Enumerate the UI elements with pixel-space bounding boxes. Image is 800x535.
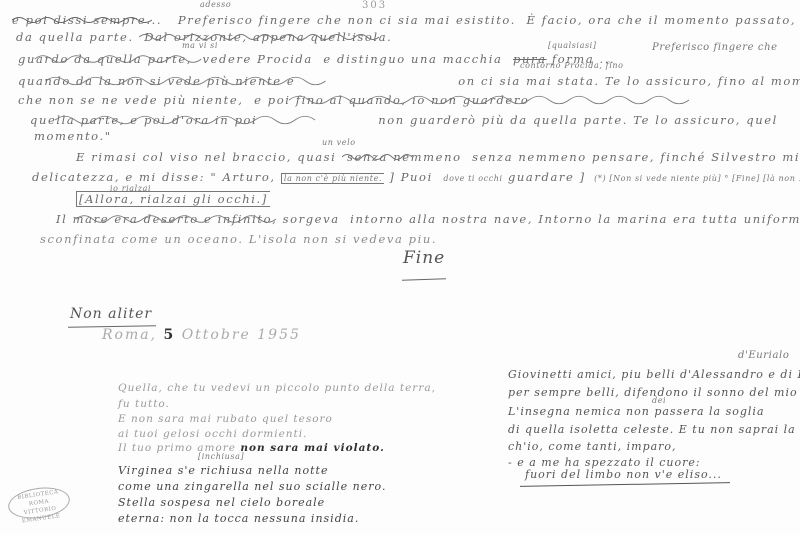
- struck-text: e poi dissi sempre...: [12, 13, 162, 27]
- poem-right-line: Giovinetti amici, piu belli d'Alessandro…: [508, 368, 800, 381]
- interlinear-note: dei: [652, 396, 666, 405]
- poem-right-line: di quella isoletta celeste. E tu non sap…: [508, 423, 800, 436]
- poem-left-line: Virginea s'e richiusa nella notte: [118, 464, 328, 477]
- library-stamp: BIBLIOTECA ROMA VITTORIO EMANUELE: [6, 484, 72, 522]
- struck-text: Il mare era deserto e infinito, sorgeva: [56, 212, 340, 226]
- poem-right-line: ch'io, come tanti, imparo,: [508, 440, 677, 453]
- struck-text: quando da la non si vede più niente e: [18, 74, 295, 88]
- ending-underline: [402, 278, 446, 281]
- draft-line-5: che non se ne vede più niente, e poi fin…: [18, 93, 529, 107]
- place-date: Roma, 5 Ottobre 1955: [102, 327, 301, 343]
- interlinear-note: Preferisco fingere che: [652, 42, 778, 53]
- draft-line-4: quando da la non si vede più niente e on…: [18, 74, 800, 88]
- poem-right-final-line: fuori del limbo non v'e eliso...: [525, 468, 722, 481]
- bracketed-sentence: [Allora, rialzai gli occhi.]: [76, 191, 270, 207]
- interlinear-note: d'Eurialo: [738, 350, 789, 361]
- struck-text: Dal orizzonte, appena quell'isola.: [139, 30, 392, 44]
- month-year: Ottobre 1955: [182, 327, 301, 343]
- draft-line-6: quella parte, e poi d'ora in poi non gua…: [30, 113, 778, 127]
- poem-left-line: fu tutto.: [118, 398, 170, 410]
- interlinear-note: adesso: [200, 0, 231, 9]
- interlinear-note: [inchiusa]: [198, 452, 244, 461]
- poem-left-line: Il tuo primo amore non sara mai violato.: [118, 442, 385, 454]
- draft-line-9: delicatezza, e mi disse: " Arturo, la no…: [32, 170, 800, 184]
- draft-line-12: sconfinata come un oceano. L'isola non s…: [40, 232, 437, 246]
- final-line-underline: [520, 482, 730, 487]
- place: Roma,: [102, 327, 157, 343]
- interlinear-note: ma vi si: [182, 41, 218, 50]
- day: 5: [164, 327, 176, 343]
- poem-right-line: L'insegna nemica non passera la soglia: [508, 405, 765, 418]
- ending-label: Fine: [403, 248, 445, 268]
- draft-line-10: [Allora, rialzai gli occhi.]: [76, 192, 270, 206]
- draft-line-7: momento.": [34, 129, 112, 143]
- epigraph-title: Non aliter: [70, 306, 152, 322]
- interlinear-bracket-note: [qualsiasi]: [548, 41, 597, 50]
- poem-left-line: ai tuoi gelosi occhi dormienti.: [118, 428, 307, 440]
- struck-text: guardo da quella parte,: [18, 52, 192, 66]
- interlinear-note: un velo: [322, 138, 356, 147]
- draft-line-8: E rimasi col viso nel braccio, quasi sen…: [76, 150, 800, 164]
- poem-left-line: eterna: non la tocca nessuna insidia.: [118, 512, 359, 525]
- poem-left-line: E non sara mai rubato quel tesoro: [118, 413, 333, 425]
- draft-line-1: e poi dissi sempre... e poi dissi sempre…: [12, 13, 800, 27]
- manuscript-page: 303 e poi dissi sempre... e poi dissi se…: [0, 0, 800, 535]
- struck-text: quella parte, e poi d'ora in poi: [30, 113, 257, 127]
- poem-left-line: come una zingarella nel suo scialle nero…: [118, 480, 386, 493]
- poem-left-line: Stella sospesa nel cielo boreale: [118, 496, 325, 509]
- bracketed-variant: la non c'è più niente.: [281, 173, 384, 184]
- poem-emphasis: non sara mai violato.: [240, 442, 384, 454]
- poem-left-line: Quella, che tu vedevi un piccolo punto d…: [118, 382, 436, 394]
- draft-line-11: Il mare era deserto e infinito, sorgeva …: [56, 212, 800, 226]
- struck-text: senza nemmeno: [342, 150, 462, 164]
- interlinear-note: contorno Procida, fino: [520, 61, 624, 70]
- draft-line-3: guardo da quella parte, vedere Procida e…: [18, 52, 752, 66]
- page-number: 303: [362, 0, 387, 11]
- struck-text: e poi fino al quando, io non guardero: [249, 93, 530, 107]
